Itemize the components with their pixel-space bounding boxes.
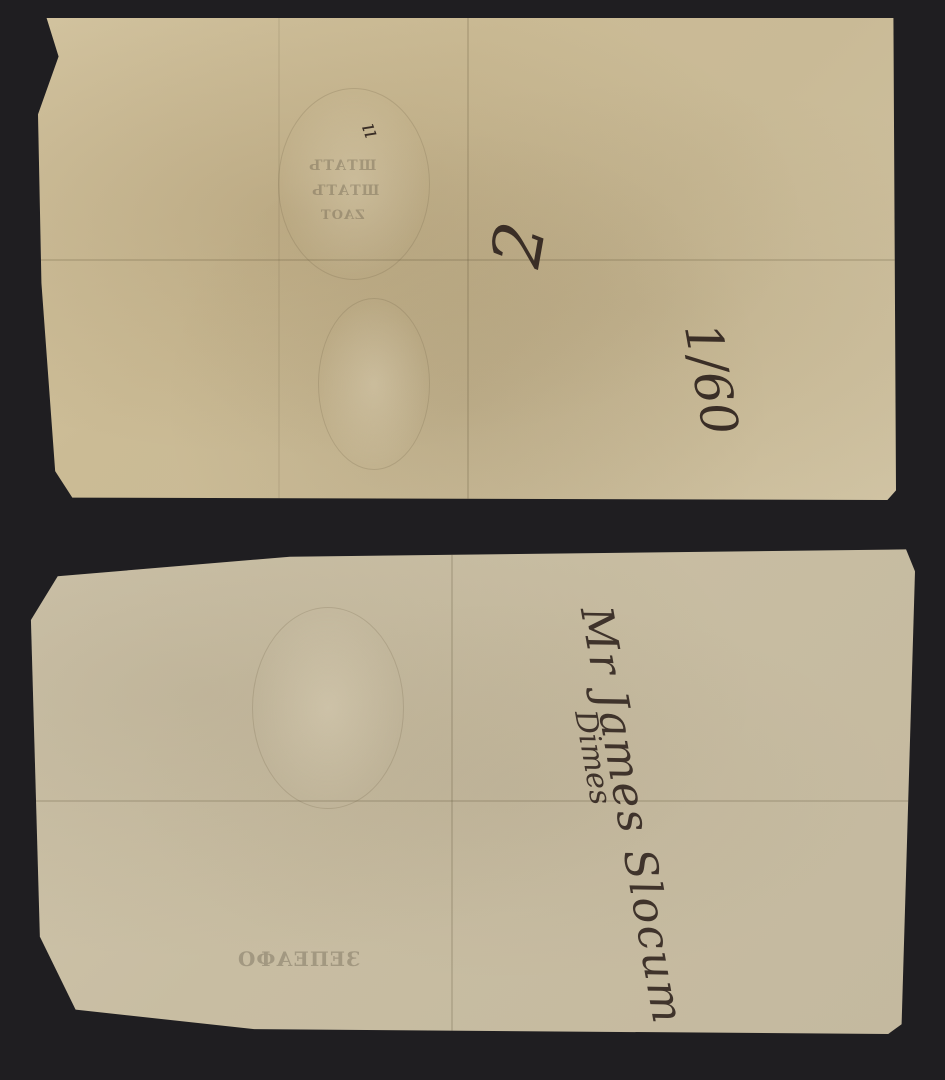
watermark-oval [252, 607, 404, 809]
fold-crease [22, 800, 915, 802]
show-through-text: ШТАТЪ [308, 158, 376, 174]
show-through-text: ШТАТЪ [311, 183, 379, 199]
show-through-text: ЗЕПЕАФО [237, 947, 360, 971]
fold-crease [278, 18, 280, 500]
show-through-text: ZAOT [320, 208, 365, 223]
banknote-top-reverse: ШТАТЪ ШТАТЪ ZAOT [38, 18, 896, 500]
banknote-bottom-reverse: ЗЕПЕАФО [22, 547, 915, 1034]
fold-crease [451, 547, 453, 1034]
fold-crease [38, 259, 896, 261]
watermark-oval [318, 298, 430, 470]
